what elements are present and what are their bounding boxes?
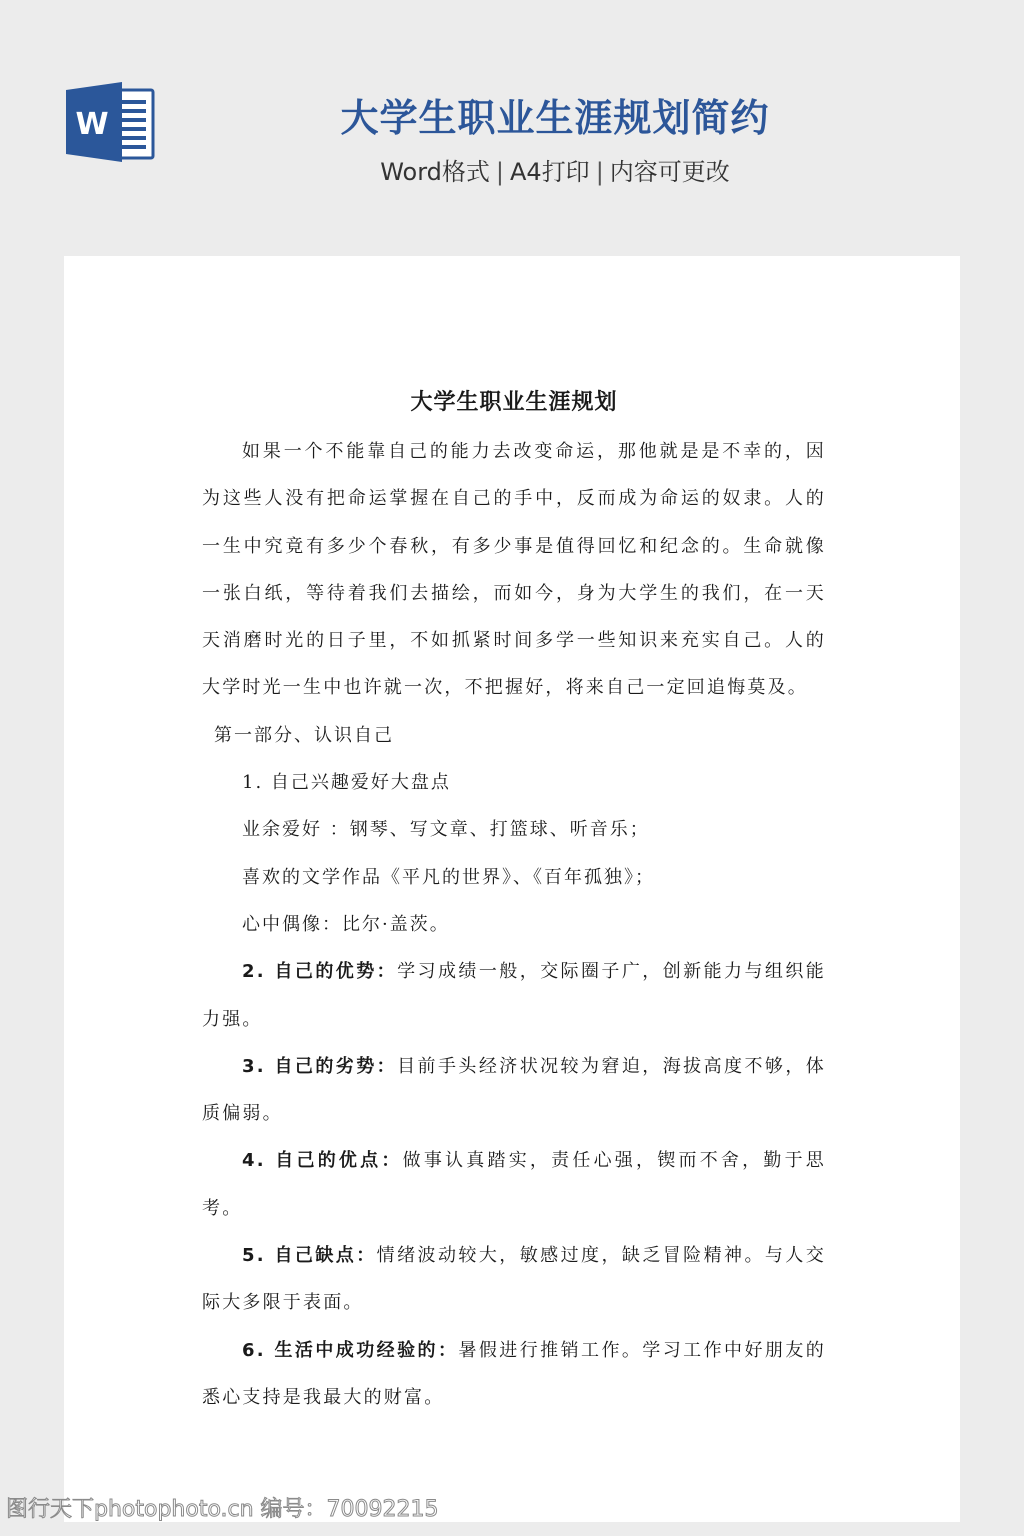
idol-line: 心中偶像：比尔·盖茨。 [202,901,826,948]
item-strengths: 2. 自己的优势：学习成绩一般，交际圈子广，创新能力与组织能力强。 [202,948,826,1043]
subtitle-print: A4打印 [510,158,590,186]
document-page: 大学生职业生涯规划 如果一个不能靠自己的能力去改变命运，那他就是是不幸的，因为这… [64,256,960,1522]
intro-paragraph: 如果一个不能靠自己的能力去改变命运，那他就是是不幸的，因为这些人没有把命运掌握在… [202,428,826,712]
subtitle-separator: | [596,158,604,186]
document-title: 大学生职业生涯规划 [202,380,826,424]
item-label: 3. 自己的劣势： [242,1056,397,1077]
svg-text:W: W [75,107,108,142]
header-banner: W 大学生职业生涯规划简约 Word格式|A4打印|内容可更改 [0,0,1024,256]
item-label: 5. 自己缺点： [242,1245,377,1266]
watermark: 图行天下photophoto.cn 编号：70092215 [6,1492,439,1523]
item-1-heading: 1. 自己兴趣爱好大盘点 [202,759,826,806]
item-weaknesses: 3. 自己的劣势：目前手头经济状况较为窘迫，海拔高度不够，体质偏弱。 [202,1043,826,1138]
item-label: 2. 自己的优势： [242,961,397,982]
banner-subtitle: Word格式|A4打印|内容可更改 [250,152,860,192]
item-label: 6. 生活中成功经验的： [242,1340,458,1361]
subtitle-separator: | [496,158,504,186]
item-shortcomings: 5. 自己缺点：情绪波动较大，敏感过度，缺乏冒险精神。与人交际大多限于表面。 [202,1232,826,1327]
banner-title: 大学生职业生涯规划简约 [250,92,860,144]
hobbies-line: 业余爱好 ：钢琴、写文章、打篮球、听音乐； [202,806,826,853]
document-body: 大学生职业生涯规划 如果一个不能靠自己的能力去改变命运，那他就是是不幸的，因为这… [202,380,826,1421]
item-label: 4. 自己的优点： [242,1150,403,1171]
word-document-icon: W [64,80,156,164]
favorite-books-line: 喜欢的文学作品《平凡的世界》、《百年孤独》； [202,854,826,901]
section-heading: 第一部分、认识自己 [202,712,826,759]
item-merits: 4. 自己的优点：做事认真踏实，责任心强，锲而不舍，勤于思考。 [202,1137,826,1232]
item-success-experience: 6. 生活中成功经验的：暑假进行推销工作。学习工作中好朋友的悉心支持是我最大的财… [202,1327,826,1422]
subtitle-format: Word格式 [380,158,490,186]
subtitle-editable: 内容可更改 [610,158,730,186]
